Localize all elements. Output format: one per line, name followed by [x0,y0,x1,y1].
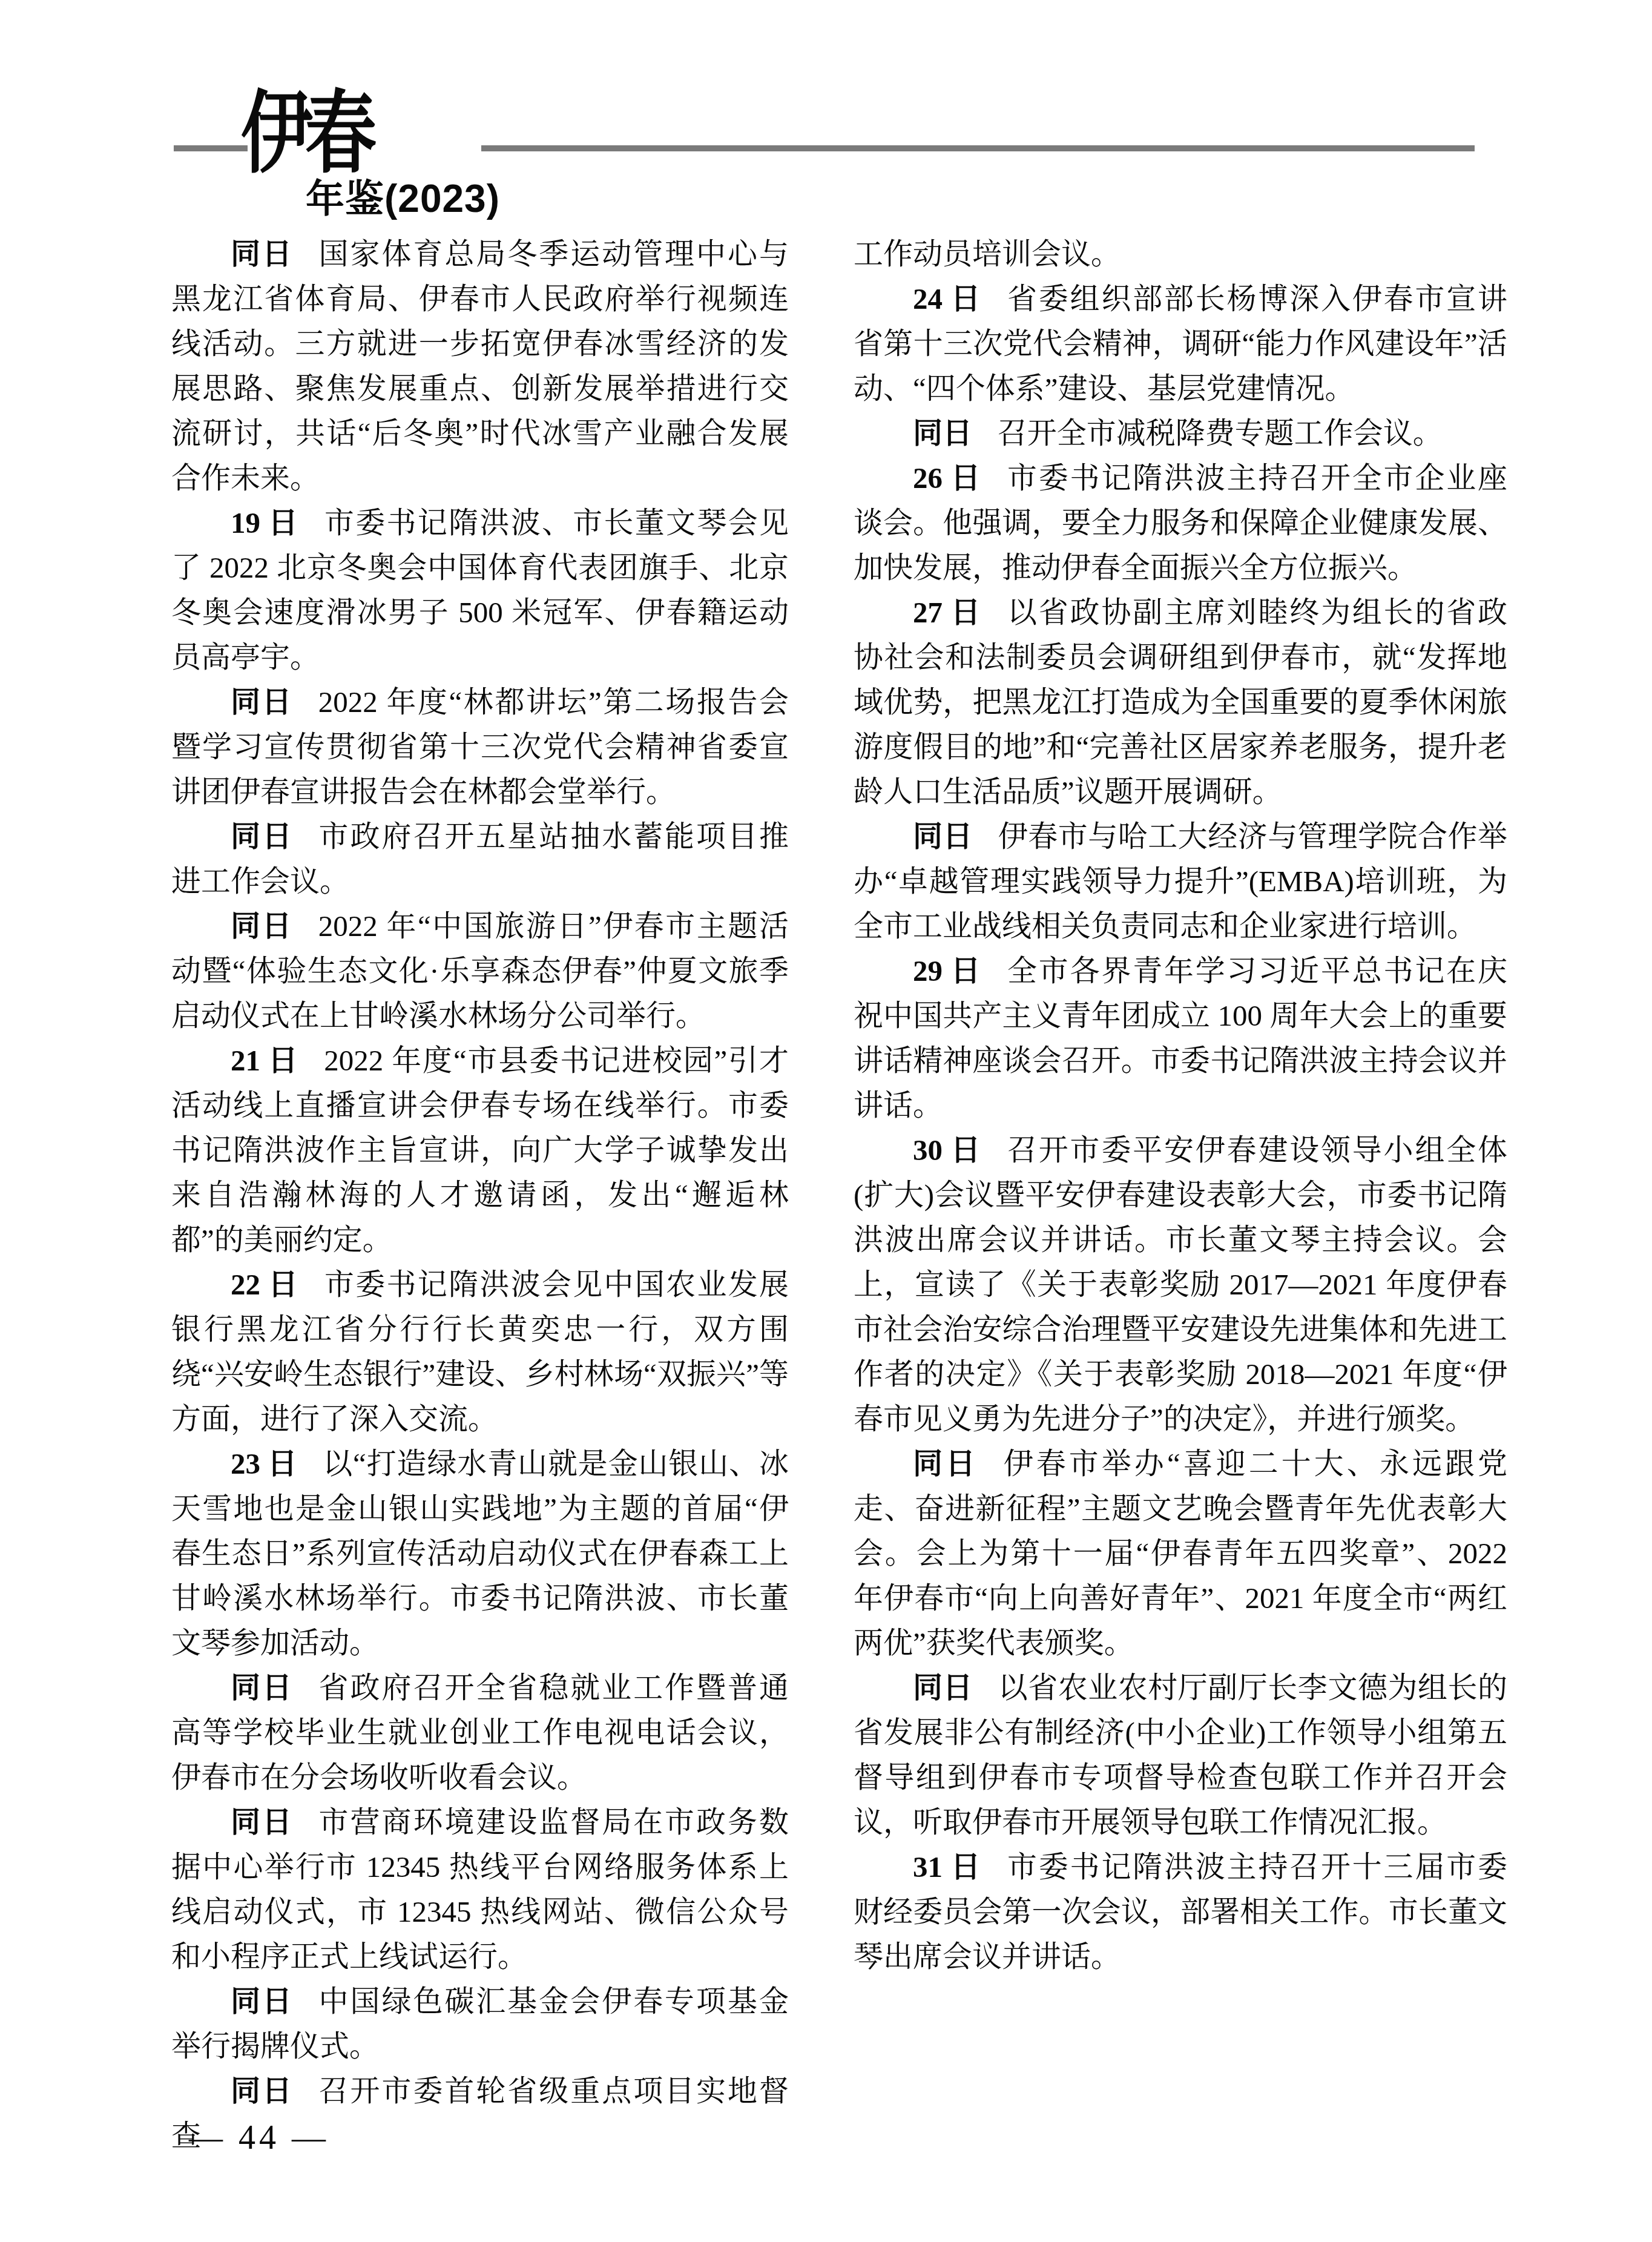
chronicle-entry: 同日以省农业农村厅副厅长李文德为组长的省发展非公有制经济(中小企业)工作领导小组… [854,1666,1507,1845]
page-number: — 44 — [189,2118,329,2158]
entry-date: 同日 [231,2074,294,2108]
entry-date-label: 同日 [231,1985,294,2018]
chronicle-entry: 同日国家体育总局冬季运动管理中心与黑龙江省体育局、伊春市人民政府举行视频连线活动… [171,232,789,501]
entry-date-label: 同日 [913,1672,973,1704]
entry-date-number: 29 [913,954,943,987]
chronicle-entry: 24日省委组织部部长杨博深入伊春市宣讲省第十三次党代会精神，调研“能力作风建设年… [854,277,1507,411]
entry-date-number: 30 [913,1133,943,1167]
entry-date-label: 同日 [231,1806,294,1839]
entry-date-label: 同日 [231,2075,294,2108]
header-rule-right [481,145,1475,151]
entry-date: 29日 [913,954,982,987]
entry-date: 27日 [913,596,982,629]
yearbook-logo-subtitle: 年鉴(2023) [306,179,500,218]
entry-date-label: 同日 [913,1448,978,1480]
entry-date-label: 日 [267,507,300,539]
entry-date: 31日 [913,1850,982,1884]
entry-date: 同日 [231,237,294,271]
entry-date: 同日 [231,685,293,719]
entry-date: 同日 [913,417,972,450]
entry-date-label: 日 [949,462,982,495]
entry-date-number: 27 [913,596,943,629]
header-rule-left [174,145,248,151]
chronicle-entry: 23日以“打造绿水青山就是金山银山、冰天雪地也是金山银山实践地”为主题的首届“伊… [171,1442,789,1666]
chronicle-entry: 26日市委书记隋洪波主持召开全市企业座谈会。他强调，要全力服务和保障企业健康发展… [854,456,1507,590]
entry-date: 同日 [913,1447,978,1480]
chronicle-entry: 22日市委书记隋洪波会见中国农业发展银行黑龙江省分行行长黄奕忠一行，双方围绕“兴… [171,1262,789,1442]
chronicle-entry: 31日市委书记隋洪波主持召开十三届市委财经委员会第一次会议，部署相关工作。市长董… [854,1845,1507,1979]
entry-date: 19日 [231,506,299,539]
entry-date: 同日 [913,820,973,853]
entry-date: 22日 [231,1268,299,1301]
chronicle-entry: 工作动员培训会议。 [854,232,1507,277]
chronicle-entry: 同日市政府召开五星站抽水蓄能项目推进工作会议。 [171,814,789,904]
entry-date-label: 日 [949,596,982,629]
entry-date-number: 31 [913,1850,943,1884]
entry-date: 同日 [913,1671,973,1704]
yearbook-page: 伊春 年鉴(2023) 同日国家体育总局冬季运动管理中心与黑龙江省体育局、伊春市… [0,0,1652,2242]
entry-date: 24日 [913,282,982,315]
chronicle-entry: 同日伊春市与哈工大经济与管理学院合作举办“卓越管理实践领导力提升”(EMBA)培… [854,814,1507,949]
entry-date: 23日 [231,1447,298,1480]
chronicle-entry: 27日以省政协副主席刘睦终为组长的省政协社会和法制委员会调研组到伊春市，就“发挥… [854,590,1507,814]
chronicle-entry: 同日伊春市举办“喜迎二十大、永远跟党走、奋进新征程”主题文艺晚会暨青年先优表彰大… [854,1442,1507,1666]
entry-date-label: 日 [949,1134,982,1167]
entry-date-label: 日 [949,1851,982,1884]
entry-date: 30日 [913,1133,982,1167]
right-column: 工作动员培训会议。24日省委组织部部长杨博深入伊春市宣讲省第十三次党代会精神，调… [854,232,1507,1979]
entry-date-label: 日 [949,955,982,987]
entry-date-number: 19 [231,506,260,539]
entry-date-number: 22 [231,1268,260,1301]
entry-date-number: 26 [913,461,943,495]
entry-date: 21日 [231,1044,299,1077]
entry-date: 26日 [913,461,982,495]
entry-date-number: 23 [231,1447,260,1480]
chronicle-entry: 21日2022 年度“市县委书记进校园”引才活动线上直播宣讲会伊春专场在线举行。… [171,1038,789,1262]
entry-date-label: 日 [267,1448,298,1480]
entry-date: 同日 [231,1671,294,1704]
entry-date-label: 同日 [913,820,973,853]
entry-date-label: 日 [949,283,982,315]
chronicle-entry: 同日省政府召开全省稳就业工作暨普通高等学校毕业生就业创业工作电视电话会议，伊春市… [171,1666,789,1800]
left-column: 同日国家体育总局冬季运动管理中心与黑龙江省体育局、伊春市人民政府举行视频连线活动… [171,232,789,2158]
chronicle-entry: 同日2022 年度“林都讲坛”第二场报告会暨学习宣传贯彻省第十三次党代会精神省委… [171,680,789,814]
chronicle-entry: 29日全市各界青年学习习近平总书记在庆祝中国共产主义青年团成立 100 周年大会… [854,949,1507,1128]
entry-date-label: 同日 [231,820,294,853]
entry-date-number: 21 [231,1044,260,1077]
entry-date-number: 24 [913,282,943,315]
chronicle-entry: 19日市委书记隋洪波、市长董文琴会见了 2022 北京冬奥会中国体育代表团旗手、… [171,501,789,680]
chronicle-entry: 同日市营商环境建设监督局在市政务数据中心举行市 12345 热线平台网络服务体系… [171,1800,789,1979]
chronicle-entry: 同日2022 年“中国旅游日”伊春市主题活动暨“体验生态文化·乐享森态伊春”仲夏… [171,904,789,1038]
entry-date-label: 同日 [231,1672,294,1704]
yearbook-logo-title: 伊春 [241,88,369,178]
chronicle-entry: 同日中国绿色碳汇基金会伊春专项基金举行揭牌仪式。 [171,1979,789,2069]
chronicle-entry: 同日召开全市减税降费专题工作会议。 [854,411,1507,456]
entry-date-label: 日 [267,1044,299,1077]
entry-date-label: 同日 [231,910,293,943]
entry-date-label: 日 [267,1268,300,1301]
entry-date: 同日 [231,820,294,853]
entry-date-label: 同日 [231,238,294,271]
entry-date: 同日 [231,909,293,943]
entry-date: 同日 [231,1985,294,2018]
chronicle-entry: 30日召开市委平安伊春建设领导小组全体(扩大)会议暨平安伊春建设表彰大会，市委书… [854,1128,1507,1442]
entry-date: 同日 [231,1805,294,1839]
entry-date-label: 同日 [913,417,972,450]
entry-date-label: 同日 [231,686,293,719]
